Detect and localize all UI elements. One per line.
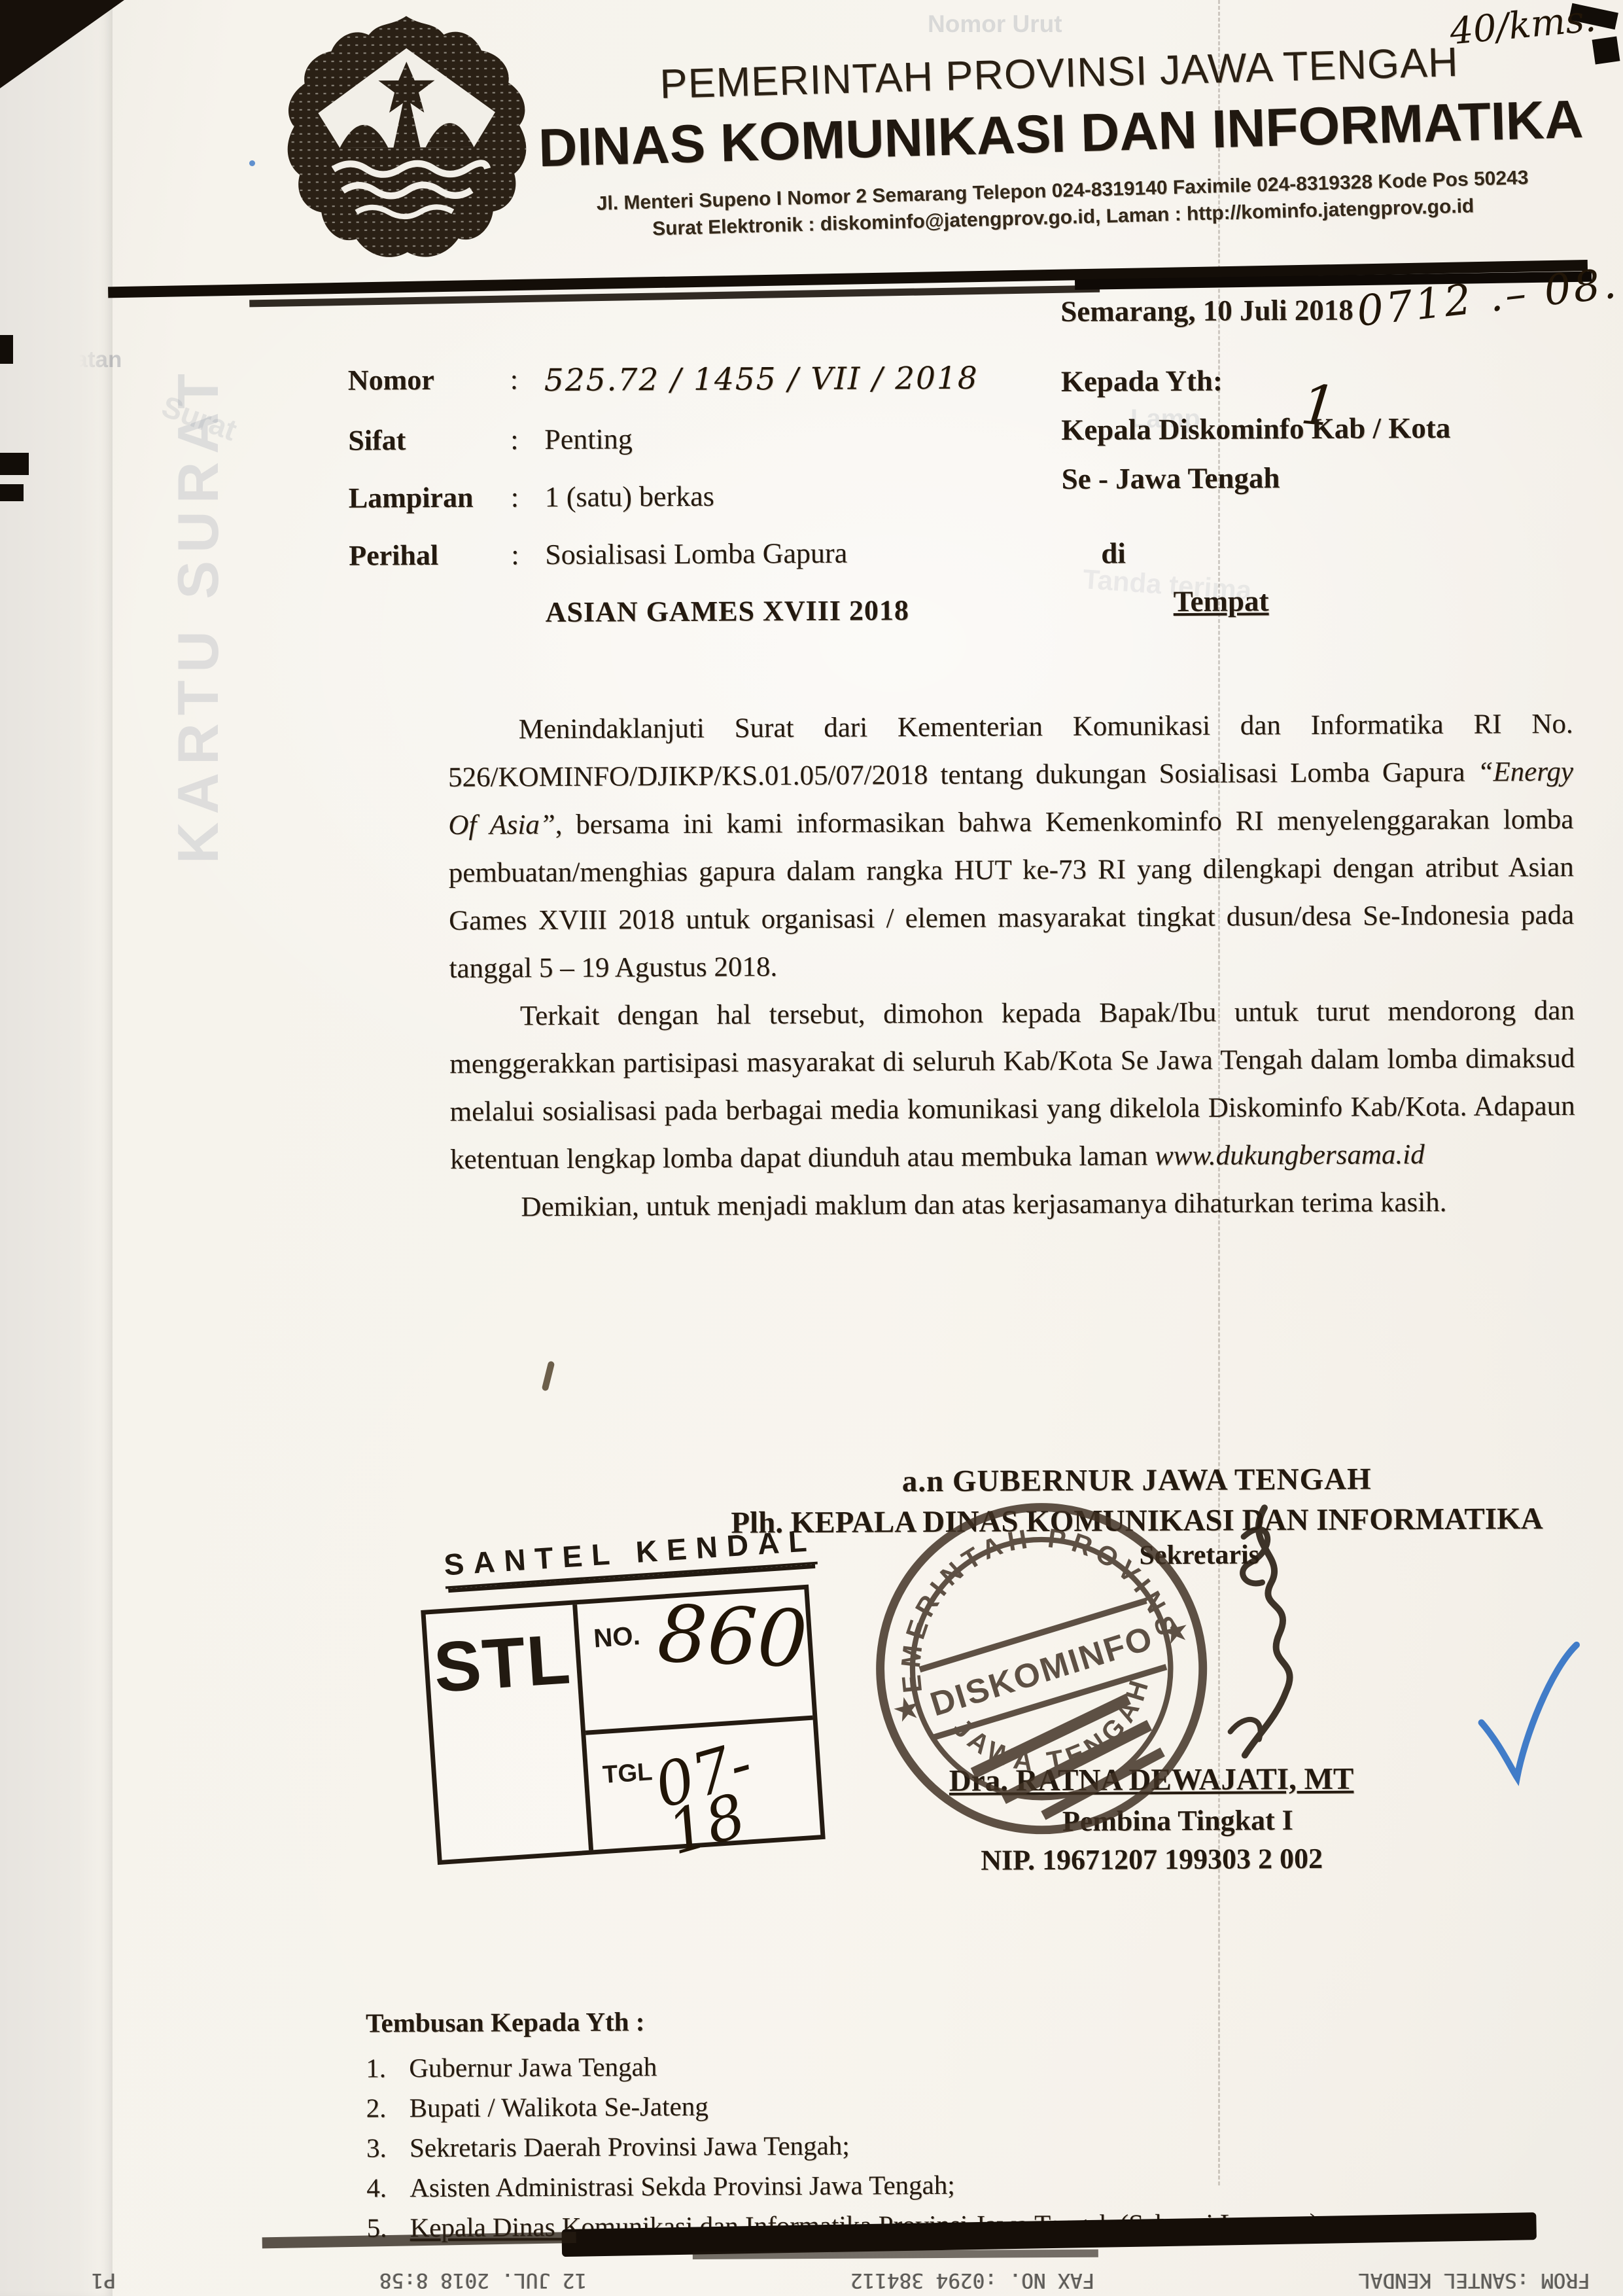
p1-text-cont: , bersama ini kami informasikan bahwa Ke…: [449, 804, 1575, 984]
meta-row-nomor: Nomor : 525.72 / 1455 / VII / 2018: [348, 361, 979, 400]
tembusan-item: 2. Bupati / Walikota Se-Jateng: [366, 2083, 1325, 2128]
registry-code-cell: STL: [426, 1604, 593, 1860]
handwritten-signature: [1166, 1496, 1325, 1771]
colon: :: [510, 362, 544, 398]
fax-transmission-footer: FROM :SANTEL KENDAL FAX NO. :0294 384112…: [92, 2263, 1590, 2292]
colon: :: [511, 480, 545, 514]
letter-sheet: PEMERINTAH PROVINSI JAWA TENGAH DINAS KO…: [0, 0, 1623, 2296]
paragraph-3: Demikian, untuk menjadi maklum dan atas …: [450, 1178, 1575, 1231]
registry-no-value: 860: [656, 1603, 809, 1672]
registry-no-label: NO.: [593, 1621, 641, 1654]
item-text: Sekretaris Daerah Provinsi Jawa Tengah;: [410, 2126, 850, 2168]
fax-from: FROM :SANTEL KENDAL: [1358, 2263, 1590, 2292]
place-and-date: Semarang, 10 Juli 2018: [1060, 293, 1353, 328]
colon: :: [510, 423, 544, 456]
letterhead: PEMERINTAH PROVINSI JAWA TENGAH DINAS KO…: [529, 35, 1593, 245]
tembusan-item: 3. Sekretaris Daerah Provinsi Jawa Tenga…: [366, 2123, 1325, 2168]
item-text: Gubernur Jawa Tengah: [409, 2047, 657, 2088]
item-number: 3.: [366, 2128, 410, 2168]
p3-text: Demikian, untuk menjadi maklum dan atas …: [521, 1187, 1446, 1222]
santel-registry-stamp: SANTEL KENDAL STL NO. 860 TGL 07-18: [417, 1523, 835, 1865]
tembusan-item: 4. Asisten Administrasi Sekda Provinsi J…: [366, 2163, 1325, 2208]
item-text: Bupati / Walikota Se-Jateng: [410, 2087, 708, 2128]
sifat-label: Sifat: [348, 423, 510, 457]
meta-row-perihal: Perihal : Sosialisasi Lomba Gapura: [349, 536, 979, 573]
carbon-copy-list: Tembusan Kepada Yth : 1. Gubernur Jawa T…: [366, 1998, 1325, 2248]
fax-page-number: P1: [92, 2263, 116, 2292]
scanned-letter-page: KARTU SURAT KARTU SURAT MA Nomor Urut Ca…: [0, 0, 1623, 2296]
registry-date-cell: TGL 07-18: [585, 1716, 821, 1850]
blue-checkmark: [1473, 1638, 1585, 1790]
nomor-label: Nomor: [348, 362, 510, 399]
tembusan-item: 1. Gubernur Jawa Tengah: [366, 2043, 1324, 2089]
registry-tgl-label: TGL: [602, 1758, 654, 1790]
recipient-line2: Se - Jawa Tengah: [1061, 452, 1450, 503]
registry-code: STL: [432, 1623, 574, 1703]
meta-row-sifat: Sifat : Penting: [348, 421, 979, 457]
recipient-place: Tempat: [1173, 576, 1451, 626]
recipient-salutation: Kepada Yth:: [1061, 355, 1450, 406]
item-text: Asisten Administrasi Sekda Provinsi Jawa…: [410, 2165, 955, 2208]
nomor-value: 525.72 / 1455 / VII / 2018: [544, 361, 979, 398]
lampiran-value: 1 (satu) berkas: [545, 480, 714, 514]
colon: :: [511, 538, 545, 571]
bottom-ink-smear: [693, 2250, 1098, 2259]
recipient-di: di: [1101, 527, 1451, 578]
item-number: 4.: [366, 2168, 410, 2208]
registry-number-cell: NO. 860: [577, 1589, 812, 1731]
recipient-block: Kepada Yth: Kepala Diskominfo Kab / Kota…: [1061, 355, 1452, 626]
registry-agency: SANTEL KENDAL: [443, 1523, 818, 1589]
registry-tgl-value: 07-18: [650, 1722, 828, 1858]
letter-body: Menindaklanjuti Surat dari Kementerian K…: [447, 700, 1575, 1231]
item-number: 1.: [366, 2048, 409, 2088]
meta-row-perihal2: ASIAN GAMES XVIII 2018: [349, 593, 980, 630]
p2-website-url: www.dukungbersama.id: [1155, 1139, 1425, 1171]
perihal-subject-line2: ASIAN GAMES XVIII 2018: [546, 593, 909, 629]
recipient-line1: Kepala Diskominfo Kab / Kota: [1061, 404, 1450, 454]
fax-number: FAX NO. :0294 384112: [850, 2263, 1094, 2292]
sifat-value: Penting: [544, 422, 633, 456]
tembusan-title: Tembusan Kepada Yth :: [366, 1998, 1324, 2043]
meta-row-lampiran: Lampiran : 1 (satu) berkas: [349, 478, 979, 515]
registry-box: STL NO. 860 TGL 07-18: [421, 1585, 826, 1865]
paragraph-1: Menindaklanjuti Surat dari Kementerian K…: [447, 700, 1574, 993]
letter-meta: Nomor : 525.72 / 1455 / VII / 2018 Sifat…: [348, 361, 980, 654]
p1-text: Menindaklanjuti Surat dari Kementerian K…: [448, 709, 1573, 793]
perihal-label: Perihal: [349, 538, 511, 572]
lampiran-label: Lampiran: [349, 480, 511, 514]
fax-datetime: 12 JUL. 2018 8:58: [379, 2263, 587, 2292]
jawa-tengah-emblem-logo: [272, 7, 542, 277]
signer-nip: NIP. 19671207 199303 2 002: [694, 1841, 1610, 1879]
item-number: 2.: [366, 2088, 410, 2128]
paragraph-2: Terkait dengan hal tersebut, dimohon kep…: [449, 987, 1576, 1184]
perihal-value: Sosialisasi Lomba Gapura: [545, 537, 847, 571]
